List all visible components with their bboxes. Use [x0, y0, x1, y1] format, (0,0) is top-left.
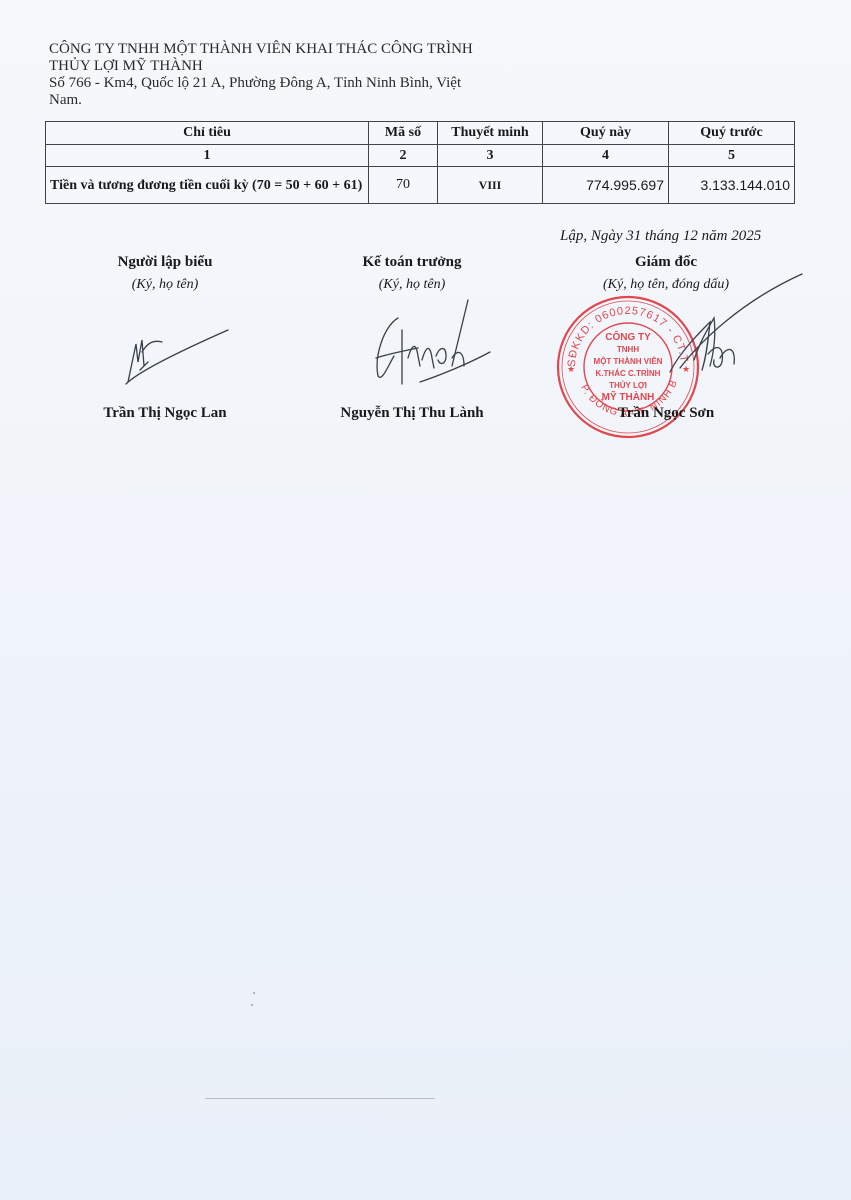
preparer-title: Người lập biểu — [45, 254, 285, 271]
column-number: 2 — [369, 145, 438, 167]
row-note: VIII — [438, 167, 543, 204]
table-header-row: Chỉ tiêu Mã số Thuyết minh Quý này Quý t… — [46, 122, 795, 145]
row-code: 70 — [369, 167, 438, 204]
row-indicator: Tiền và tương đương tiền cuối kỳ (70 = 5… — [46, 167, 369, 204]
column-number: 5 — [669, 145, 795, 167]
chief-accountant-title: Kế toán trưởng — [292, 254, 532, 271]
company-name-line1: CÔNG TY TNHH MỘT THÀNH VIÊN KHAI THÁC CÔ… — [49, 41, 509, 58]
column-number: 1 — [46, 145, 369, 167]
footer-rule — [205, 1098, 435, 1099]
company-header: CÔNG TY TNHH MỘT THÀNH VIÊN KHAI THÁC CÔ… — [49, 41, 509, 109]
company-name-line2: THỦY LỢI MỸ THÀNH — [49, 58, 509, 75]
column-number: 3 — [438, 145, 543, 167]
column-number-row: 1 2 3 4 5 — [46, 145, 795, 167]
director-signature-icon — [610, 272, 810, 392]
director-title: Giám đốc — [546, 254, 786, 271]
svg-text:★: ★ — [567, 364, 575, 374]
chief-accountant-signature-icon — [368, 296, 498, 391]
preparer-signature-block: Người lập biểu (Ký, họ tên) — [45, 254, 285, 293]
header-code: Mã số — [369, 122, 438, 145]
chief-accountant-signature-block: Kế toán trưởng (Ký, họ tên) — [292, 254, 532, 293]
header-indicator: Chỉ tiêu — [46, 122, 369, 145]
chief-accountant-instruction: (Ký, họ tên) — [292, 277, 532, 293]
preparer-instruction: (Ký, họ tên) — [45, 277, 285, 293]
column-number: 4 — [543, 145, 669, 167]
scan-speck — [253, 992, 255, 994]
scan-speck — [251, 1004, 253, 1006]
header-previous-quarter: Quý trước — [669, 122, 795, 145]
preparer-signature-icon — [118, 322, 238, 392]
header-this-quarter: Quý này — [543, 122, 669, 145]
company-address: Số 766 - Km4, Quốc lộ 21 A, Phường Đông … — [49, 75, 489, 109]
table-row: Tiền và tương đương tiền cuối kỳ (70 = 5… — [46, 167, 795, 204]
header-note: Thuyết minh — [438, 122, 543, 145]
chief-accountant-name: Nguyễn Thị Thu Lành — [292, 405, 532, 422]
director-name: Trần Ngọc Sơn — [546, 405, 786, 422]
report-date: Lập, Ngày 31 tháng 12 năm 2025 — [560, 228, 761, 245]
preparer-name: Trần Thị Ngọc Lan — [45, 405, 285, 422]
cash-flow-table: Chỉ tiêu Mã số Thuyết minh Quý này Quý t… — [45, 121, 795, 204]
row-previous-quarter: 3.133.144.010 — [669, 167, 795, 204]
row-this-quarter: 774.995.697 — [543, 167, 669, 204]
